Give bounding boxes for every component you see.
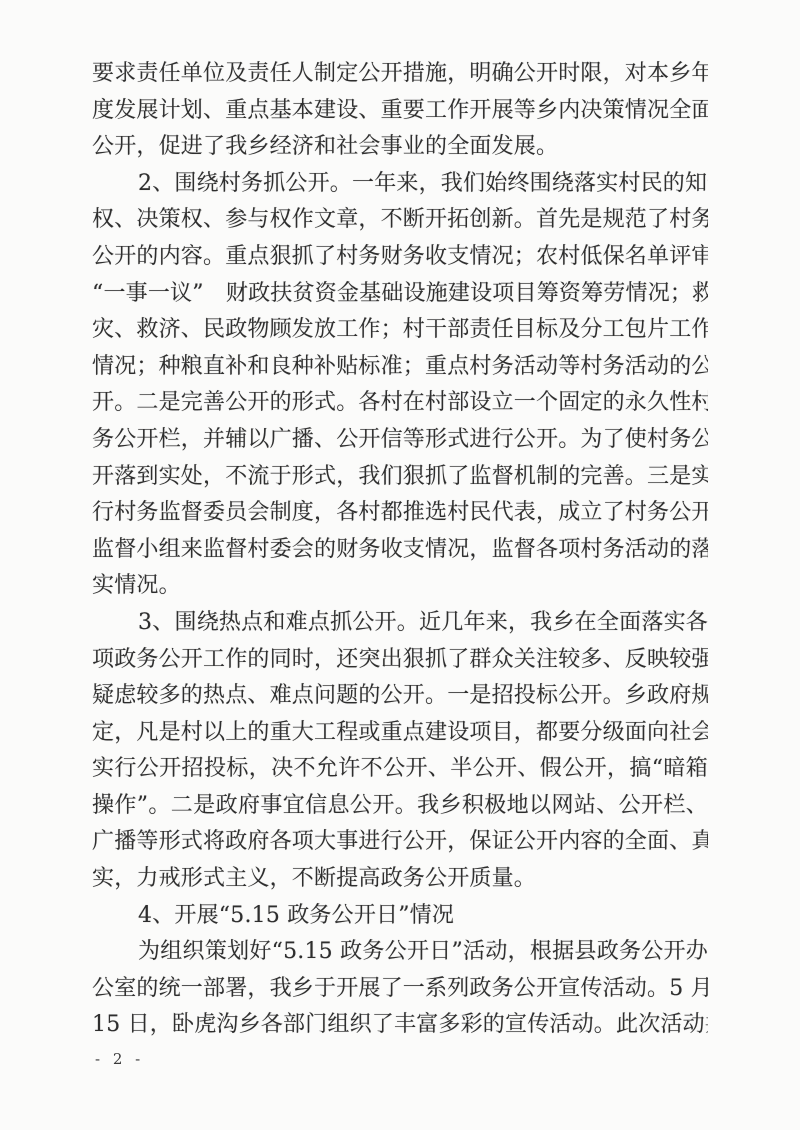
document-body: 要求责任单位及责任人制定公开措施，明确公开时限，对本乡年度发展计划、重点基本建设… — [92, 56, 708, 1044]
text-line: 广播等形式将政府各项大事进行公开，保证公开内容的全面、真 — [92, 824, 708, 861]
text-line: 开。二是完善公开的形式。各村在村部设立一个固定的永久性村 — [92, 385, 708, 422]
text-line: 公开的内容。重点狠抓了村务财务收支情况；农村低保名单评审； — [92, 239, 708, 276]
document-page: 要求责任单位及责任人制定公开措施，明确公开时限，对本乡年度发展计划、重点基本建设… — [0, 0, 800, 1130]
text-line: 要求责任单位及责任人制定公开措施，明确公开时限，对本乡年 — [92, 56, 708, 93]
paragraph: 4、开展“5.15 政务公开日”情况 — [92, 898, 708, 935]
text-line: 公开，促进了我乡经济和社会事业的全面发展。 — [92, 129, 708, 166]
paragraph: 为组织策划好“5.15 政务公开日”活动，根据县政务公开办公室的统一部署，我乡于… — [92, 934, 708, 1044]
text-line: 实，力戒形式主义，不断提高政务公开质量。 — [92, 861, 708, 898]
text-line: 项政务公开工作的同时，还突出狠抓了群众关注较多、反映较强、 — [92, 642, 708, 679]
text-line: 行村务监督委员会制度，各村都推选村民代表，成立了村务公开 — [92, 495, 708, 532]
paragraph: 2、围绕村务抓公开。一年来，我们始终围绕落实村民的知情权、决策权、参与权作文章，… — [92, 166, 708, 605]
text-line: 15 日，卧虎沟乡各部门组织了丰富多彩的宣传活动。此次活动共 — [92, 1007, 708, 1044]
text-line: 权、决策权、参与权作文章，不断开拓创新。首先是规范了村务 — [92, 202, 708, 239]
text-line: 务公开栏，并辅以广播、公开信等形式进行公开。为了使村务公 — [92, 422, 708, 459]
text-line: 操作”。二是政府事宜信息公开。我乡积极地以网站、公开栏、 — [92, 788, 708, 825]
text-line: 度发展计划、重点基本建设、重要工作开展等乡内决策情况全面 — [92, 93, 708, 130]
text-line: “一事一议” 财政扶贫资金基础设施建设项目筹资筹劳情况；救 — [92, 276, 708, 313]
text-line: 监督小组来监督村委会的财务收支情况，监督各项村务活动的落 — [92, 532, 708, 569]
text-line: 情况；种粮直补和良种补贴标准；重点村务活动等村务活动的公 — [92, 349, 708, 386]
text-line: 4、开展“5.15 政务公开日”情况 — [92, 898, 708, 935]
text-line: 3、围绕热点和难点抓公开。近几年来，我乡在全面落实各 — [92, 605, 708, 642]
text-line: 开落到实处，不流于形式，我们狠抓了监督机制的完善。三是实 — [92, 459, 708, 496]
text-line: 实情况。 — [92, 568, 708, 605]
text-line: 公室的统一部署，我乡于开展了一系列政务公开宣传活动。5 月 — [92, 971, 708, 1008]
text-line: 2、围绕村务抓公开。一年来，我们始终围绕落实村民的知情 — [92, 166, 708, 203]
paragraph: 3、围绕热点和难点抓公开。近几年来，我乡在全面落实各项政务公开工作的同时，还突出… — [92, 605, 708, 898]
text-line: 实行公开招投标，决不允许不公开、半公开、假公开，搞“暗箱 — [92, 751, 708, 788]
text-line: 疑虑较多的热点、难点问题的公开。一是招投标公开。乡政府规 — [92, 678, 708, 715]
page-number: - 2 - — [95, 1050, 144, 1068]
text-line: 为组织策划好“5.15 政务公开日”活动，根据县政务公开办 — [92, 934, 708, 971]
text-line: 定，凡是村以上的重大工程或重点建设项目，都要分级面向社会 — [92, 715, 708, 752]
text-line: 灾、救济、民政物顾发放工作；村干部责任目标及分工包片工作 — [92, 312, 708, 349]
paragraph: 要求责任单位及责任人制定公开措施，明确公开时限，对本乡年度发展计划、重点基本建设… — [92, 56, 708, 166]
